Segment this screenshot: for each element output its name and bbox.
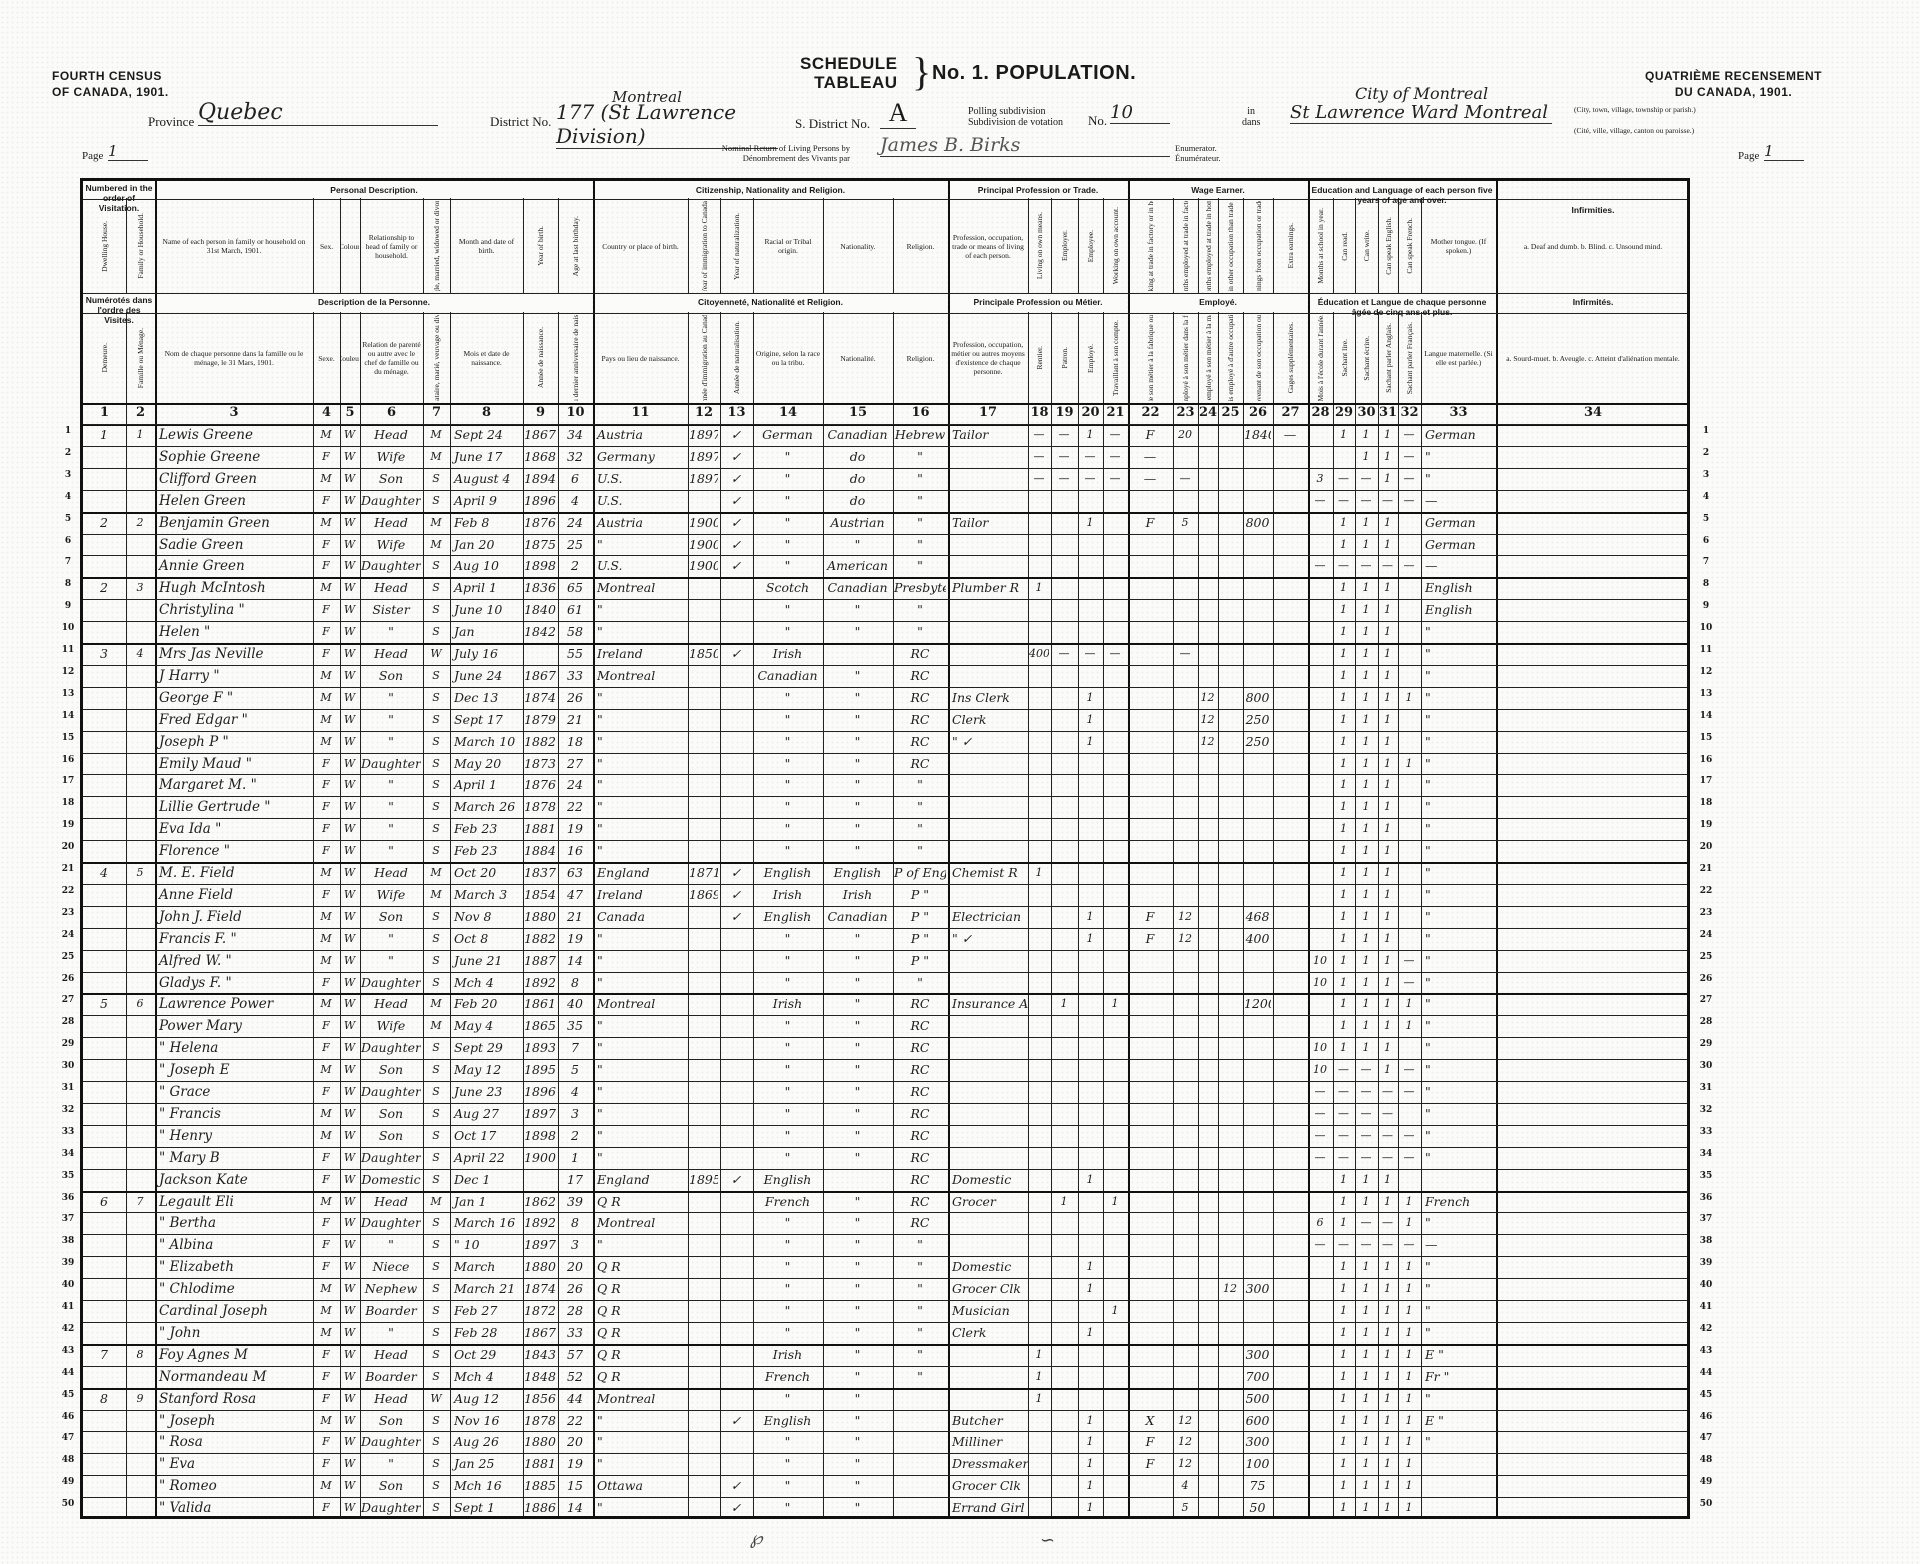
cell-name: Stanford Rosa — [156, 1386, 314, 1408]
cell-birthplace: U.S. — [594, 466, 689, 488]
cell-months-other — [1219, 619, 1241, 641]
cell-months-other — [1219, 948, 1241, 970]
cell-colour: W — [341, 1232, 358, 1254]
line-number-left: 6 — [58, 536, 78, 546]
cell-age: 19 — [559, 816, 591, 838]
column-header-25-en: Months employed in other occupation than… — [1219, 201, 1242, 291]
cell-relation: Daughter — [361, 1429, 421, 1451]
cell-infirmity — [1497, 1210, 1688, 1232]
cell-french: 1 — [1399, 1276, 1419, 1298]
cell-french: 1 — [1399, 685, 1419, 707]
cell-employer — [1052, 882, 1076, 904]
cell-employee — [1079, 970, 1101, 992]
cell-birthplace: " — [594, 948, 689, 970]
cell-months-other — [1219, 970, 1241, 992]
line-number-right: 27 — [1696, 995, 1716, 1005]
cell-sex: F — [314, 1079, 338, 1101]
cell-relation: Sister — [361, 597, 421, 619]
column-header-6-en: Relationship to head of family or househ… — [361, 201, 422, 291]
cell-mother-tongue: " — [1422, 707, 1497, 729]
cell-french: 1 — [1399, 1189, 1419, 1211]
cell-birth-year: 1875 — [524, 532, 556, 554]
cell-employer — [1052, 1079, 1076, 1101]
cell-english: 1 — [1379, 1408, 1396, 1430]
column-header-12-fr: Année d'immigration au Canada. — [689, 315, 719, 401]
cell-birthplace: " — [594, 751, 689, 773]
line-number-left: 39 — [58, 1258, 78, 1268]
cell-months-home — [1199, 1189, 1216, 1211]
cell-religion — [894, 1429, 946, 1451]
cell-name: Margaret M. " — [156, 772, 314, 794]
cell-months-factory: 12 — [1174, 926, 1196, 948]
column-header-26-fr: Gages provenant de son occupation ou mét… — [1244, 315, 1272, 401]
cell-colour: W — [341, 488, 358, 510]
cell-immigration — [689, 597, 718, 619]
cell-nationality: " — [824, 926, 891, 948]
cell-months-other — [1219, 641, 1241, 663]
cell-read: 1 — [1334, 1013, 1353, 1035]
cell-months-other — [1219, 663, 1241, 685]
cell-write: 1 — [1356, 510, 1376, 532]
cell-employee — [1079, 619, 1101, 641]
cell-employee — [1079, 575, 1101, 597]
cell-mother-tongue: " — [1422, 641, 1497, 663]
return-label-fr: Dénombrement des Vivants par — [660, 153, 850, 163]
cell-extra — [1274, 1451, 1306, 1473]
cell-family: 6 — [127, 991, 153, 1013]
cell-nationality: Canadian — [824, 422, 891, 444]
cell-own-account — [1104, 970, 1126, 992]
cell-name: " Francis — [156, 1101, 314, 1123]
cell-extra — [1274, 466, 1306, 488]
cell-school — [1309, 729, 1331, 751]
cell-immigration — [689, 1451, 718, 1473]
cell-english: 1 — [1379, 1495, 1396, 1517]
cell-birthplace: Ottawa — [594, 1473, 689, 1495]
cell-birth-md: Mch 16 — [451, 1473, 524, 1495]
cell-origin: Irish — [754, 882, 821, 904]
column-header-text: Sex. — [320, 242, 333, 251]
cell-sex: F — [314, 619, 338, 641]
cell-school: 3 — [1309, 466, 1331, 488]
cell-read: 1 — [1334, 816, 1353, 838]
column-header-7-fr: Célibataire, marié, veuvage ou divorcé. — [424, 315, 449, 401]
cell-religion: RC — [894, 1189, 946, 1211]
cell-school: 10 — [1309, 1035, 1331, 1057]
cell-profession: Grocer — [949, 1189, 1029, 1211]
cell-name: Anne Field — [156, 882, 314, 904]
section-profession-title-fr: Principale Profession ou Métier. — [948, 297, 1128, 307]
cell-marital: S — [424, 553, 448, 575]
cell-marital: S — [424, 1145, 448, 1167]
cell-read: 1 — [1334, 1276, 1353, 1298]
cell-relation: " — [361, 1451, 421, 1473]
column-header-18-fr: Rentier. — [1029, 315, 1050, 401]
cell-religion: " — [894, 532, 946, 554]
cell-employer — [1052, 1408, 1076, 1430]
cell-relation: Boarder — [361, 1364, 421, 1386]
cell-relation: " — [361, 926, 421, 948]
cell-profession — [949, 1210, 1029, 1232]
cell-infirmity — [1497, 444, 1688, 466]
cell-birthplace: U.S. — [594, 553, 689, 575]
cell-name: " Joseph E — [156, 1057, 314, 1079]
cell-origin: " — [754, 1451, 821, 1473]
column-number-23: 23 — [1173, 403, 1198, 423]
cell-naturalization: ✓ — [721, 1473, 751, 1495]
cell-age: 19 — [559, 1451, 591, 1473]
cell-earnings: 300 — [1244, 1342, 1271, 1364]
cell-birthplace: " — [594, 1013, 689, 1035]
column-number-5: 5 — [340, 403, 360, 423]
cell-sex: F — [314, 1364, 338, 1386]
cell-months-home — [1199, 444, 1216, 466]
cell-relation: Daughter — [361, 970, 421, 992]
cell-birth-year: 1874 — [524, 685, 556, 707]
cell-name: Power Mary — [156, 1013, 314, 1035]
cell-immigration — [689, 1057, 718, 1079]
line-number-left: 43 — [58, 1346, 78, 1356]
cell-employee — [1079, 948, 1101, 970]
line-number-left: 34 — [58, 1149, 78, 1159]
cell-religion: RC — [894, 1167, 946, 1189]
cell-trade-where — [1129, 1057, 1171, 1079]
cell-write: — — [1356, 1057, 1376, 1079]
cell-age: 35 — [559, 1013, 591, 1035]
cell-origin: " — [754, 1254, 821, 1276]
cell-origin: Irish — [754, 991, 821, 1013]
cell-own-account — [1104, 685, 1126, 707]
cell-birthplace: " — [594, 1145, 689, 1167]
cell-marital: S — [424, 1167, 448, 1189]
cell-mother-tongue: " — [1422, 1320, 1497, 1342]
column-header-19-fr: Patron. — [1052, 315, 1077, 401]
cell-dwelling — [84, 926, 124, 948]
cell-employee — [1079, 597, 1101, 619]
cell-birth-md: Feb 27 — [451, 1298, 524, 1320]
column-header-text: Can write. — [1362, 230, 1371, 261]
cell-profession: Butcher — [949, 1408, 1029, 1430]
cell-name: " Elizabeth — [156, 1254, 314, 1276]
cell-own-means — [1029, 510, 1049, 532]
cell-birthplace: " — [594, 1429, 689, 1451]
column-number-33: 33 — [1421, 403, 1496, 423]
cell-months-other — [1219, 904, 1241, 926]
cell-origin: " — [754, 816, 821, 838]
column-number-28: 28 — [1308, 403, 1333, 423]
cell-origin: English — [754, 1167, 821, 1189]
cell-origin: Canadian — [754, 663, 821, 685]
cell-own-means — [1029, 1013, 1049, 1035]
cell-employee: 1 — [1079, 1276, 1101, 1298]
cell-origin: " — [754, 794, 821, 816]
cell-religion: P " — [894, 904, 946, 926]
cell-french: — — [1399, 948, 1419, 970]
column-header-text: Année de naturalisation. — [732, 321, 741, 394]
cell-months-home — [1199, 1254, 1216, 1276]
cell-birthplace: Canada — [594, 904, 689, 926]
cell-mother-tongue: " — [1422, 838, 1497, 860]
cell-birth-md: March 21 — [451, 1276, 524, 1298]
polling-subdivision-label: Polling subdivision Subdivision de votat… — [968, 106, 1086, 128]
cell-read: 1 — [1334, 1298, 1353, 1320]
cell-dwelling — [84, 1079, 124, 1101]
cell-months-home — [1199, 882, 1216, 904]
column-header-text: Relationship to head of family or househ… — [361, 233, 422, 260]
column-header-text: Family or Household. — [136, 213, 145, 279]
cell-employee — [1079, 751, 1101, 773]
cell-infirmity — [1497, 751, 1688, 773]
cell-write: 1 — [1356, 1013, 1376, 1035]
sdistrict-label: S. District No. — [795, 116, 870, 132]
cell-own-account — [1104, 1451, 1126, 1473]
cell-profession — [949, 1035, 1029, 1057]
column-header-15-fr: Nationalité. — [824, 315, 892, 401]
cell-employer — [1052, 488, 1076, 510]
cell-name: " Chlodime — [156, 1276, 314, 1298]
line-number-left: 25 — [58, 952, 78, 962]
cell-religion: P " — [894, 926, 946, 948]
district-value: 177 (St Lawrence Division) — [556, 100, 778, 149]
cell-infirmity — [1497, 685, 1688, 707]
cell-write: — — [1356, 466, 1376, 488]
cell-months-other — [1219, 860, 1241, 882]
cell-french: 1 — [1399, 1473, 1419, 1495]
cell-birthplace: Q R — [594, 1320, 689, 1342]
cell-french — [1399, 532, 1419, 554]
cell-earnings: 100 — [1244, 1451, 1271, 1473]
cell-french — [1399, 1035, 1419, 1057]
cell-profession: Tailor — [949, 510, 1029, 532]
cell-own-means — [1029, 1429, 1049, 1451]
cell-dwelling — [84, 772, 124, 794]
cell-colour: W — [341, 1342, 358, 1364]
cell-birth-md: May 4 — [451, 1013, 524, 1035]
cell-own-account — [1104, 926, 1126, 948]
cell-english: 1 — [1379, 466, 1396, 488]
cell-employer — [1052, 1342, 1076, 1364]
cell-months-other — [1219, 1254, 1241, 1276]
column-header-8-en: Month and date of birth. — [451, 201, 522, 291]
cell-marital: S — [424, 1451, 448, 1473]
cell-months-other — [1219, 597, 1241, 619]
cell-birthplace: Q R — [594, 1364, 689, 1386]
cell-nationality: " — [824, 1189, 891, 1211]
cell-immigration — [689, 1210, 718, 1232]
column-header-text: Name of each person in family or househo… — [156, 237, 312, 255]
column-header-11-en: Country or place of birth. — [594, 201, 687, 291]
cell-months-other — [1219, 1057, 1241, 1079]
cell-school — [1309, 794, 1331, 816]
column-header-text: Months employed in other occupation than… — [1226, 201, 1235, 291]
cell-birthplace: England — [594, 1167, 689, 1189]
cell-name: Annie Green — [156, 553, 314, 575]
cell-english: 1 — [1379, 1013, 1396, 1035]
cell-age: 24 — [559, 510, 591, 532]
cell-marital: S — [424, 1101, 448, 1123]
cell-english: — — [1379, 1210, 1396, 1232]
cell-relation: Head — [361, 991, 421, 1013]
cell-trade-where — [1129, 948, 1171, 970]
cell-employer — [1052, 532, 1076, 554]
cell-employee — [1079, 882, 1101, 904]
cell-earnings: 468 — [1244, 904, 1271, 926]
cell-trade-where — [1129, 860, 1171, 882]
cell-months-other — [1219, 532, 1241, 554]
cell-months-home — [1199, 1035, 1216, 1057]
cell-age: 15 — [559, 1473, 591, 1495]
cell-months-other — [1219, 1232, 1241, 1254]
cell-sex: F — [314, 1429, 338, 1451]
cell-sex: F — [314, 444, 338, 466]
line-number-left: 44 — [58, 1368, 78, 1378]
cell-english: 1 — [1379, 1320, 1396, 1342]
cell-months-home: 12 — [1199, 729, 1216, 751]
cell-birth-md: May 12 — [451, 1057, 524, 1079]
cell-birth-year: 1876 — [524, 510, 556, 532]
cell-own-means: 1 — [1029, 1364, 1049, 1386]
cell-origin: " — [754, 838, 821, 860]
cell-birth-md: March 26 — [451, 794, 524, 816]
cell-religion: RC — [894, 663, 946, 685]
cell-mother-tongue: — — [1422, 553, 1497, 575]
cell-colour: W — [341, 1013, 358, 1035]
cell-colour: W — [341, 707, 358, 729]
cell-employee — [1079, 553, 1101, 575]
cell-naturalization — [721, 1232, 751, 1254]
cell-origin: " — [754, 1232, 821, 1254]
cell-dwelling — [84, 1408, 124, 1430]
cell-immigration — [689, 1189, 718, 1211]
cell-birthplace: England — [594, 860, 689, 882]
cell-age: 2 — [559, 553, 591, 575]
cell-earnings — [1244, 553, 1271, 575]
cell-marital: S — [424, 1429, 448, 1451]
cell-english: 1 — [1379, 991, 1396, 1013]
cell-infirmity — [1497, 1167, 1688, 1189]
cell-birth-year: 1884 — [524, 838, 556, 860]
cell-name: Benjamin Green — [156, 510, 314, 532]
cell-earnings — [1244, 1298, 1271, 1320]
cell-employee — [1079, 838, 1101, 860]
cell-marital: S — [424, 1254, 448, 1276]
cell-colour: W — [341, 422, 358, 444]
cell-months-factory: 4 — [1174, 1473, 1196, 1495]
cell-birth-md: Sept 1 — [451, 1495, 524, 1517]
cell-family — [127, 1473, 153, 1495]
cell-own-means — [1029, 882, 1049, 904]
cell-read: 1 — [1334, 1451, 1353, 1473]
cell-months-home — [1199, 1167, 1216, 1189]
cell-months-home — [1199, 1101, 1216, 1123]
column-header-text: Célibataire, marié, veuvage ou divorcé. — [432, 315, 441, 401]
line-number-left: 13 — [58, 689, 78, 699]
line-number-right: 19 — [1696, 820, 1716, 830]
column-header-4-fr: Sexe. — [314, 315, 339, 401]
cell-own-means — [1029, 597, 1049, 619]
cell-own-account — [1104, 816, 1126, 838]
cell-marital: S — [424, 1298, 448, 1320]
cell-mother-tongue: " — [1422, 751, 1497, 773]
column-header-text: Mois à l'école durant l'année. — [1316, 315, 1325, 401]
cell-dwelling — [84, 1167, 124, 1189]
cell-relation: " — [361, 948, 421, 970]
line-number-right: 4 — [1696, 492, 1716, 502]
cell-nationality: English — [824, 860, 891, 882]
cell-relation: Daughter — [361, 553, 421, 575]
cell-months-factory — [1174, 1057, 1196, 1079]
cell-employee — [1079, 1232, 1101, 1254]
column-header-text: Travaillant à son compte. — [1111, 320, 1120, 396]
cell-trade-where: F — [1129, 904, 1171, 926]
cell-write: 1 — [1356, 926, 1376, 948]
schedule-label-fr: TABLEAU — [800, 73, 898, 92]
cell-months-home — [1199, 422, 1216, 444]
cell-sex: M — [314, 575, 338, 597]
cell-marital: S — [424, 1364, 448, 1386]
line-number-left: 9 — [58, 601, 78, 611]
cell-employer: — — [1052, 641, 1076, 663]
cell-naturalization — [721, 1145, 751, 1167]
cell-months-home — [1199, 1232, 1216, 1254]
cell-religion — [894, 1495, 946, 1517]
cell-own-account — [1104, 751, 1126, 773]
cell-immigration — [689, 838, 718, 860]
cell-birth-md: Sept 24 — [451, 422, 524, 444]
cell-age: 3 — [559, 1232, 591, 1254]
column-header-text: Mother tongue. (If spoken.) — [1422, 237, 1495, 255]
column-header-text: Months employed at trade in factory. — [1181, 201, 1190, 291]
cell-birth-year: 1896 — [524, 488, 556, 510]
cell-dwelling — [84, 838, 124, 860]
cell-employer — [1052, 1495, 1076, 1517]
cell-relation: Domestic — [361, 1167, 421, 1189]
cell-mother-tongue — [1422, 1473, 1497, 1495]
cell-family: 2 — [127, 510, 153, 532]
cell-naturalization — [721, 1057, 751, 1079]
cell-birth-year: 1868 — [524, 444, 556, 466]
cell-earnings: 600 — [1244, 1408, 1271, 1430]
column-header-text: Sexe. — [318, 354, 334, 363]
cell-origin: " — [754, 751, 821, 773]
cell-infirmity — [1497, 1101, 1688, 1123]
cell-birthplace: " — [594, 794, 689, 816]
cell-infirmity — [1497, 1298, 1688, 1320]
cell-french: 1 — [1399, 1320, 1419, 1342]
column-header-text: Employee. — [1086, 230, 1095, 262]
cell-birth-md: Feb 20 — [451, 991, 524, 1013]
cell-name: Jackson Kate — [156, 1167, 314, 1189]
cell-employee — [1079, 1364, 1101, 1386]
line-number-left: 27 — [58, 995, 78, 1005]
cell-extra — [1274, 1298, 1306, 1320]
cell-naturalization: ✓ — [721, 1495, 751, 1517]
column-header-text: Can speak English. — [1384, 217, 1393, 275]
column-header-text: Can speak French. — [1405, 218, 1414, 274]
cell-colour: W — [341, 1451, 358, 1473]
column-header-text: Living on own means. — [1035, 212, 1044, 279]
cell-months-other — [1219, 882, 1241, 904]
cell-write: 1 — [1356, 1364, 1376, 1386]
cell-read: — — [1334, 1101, 1353, 1123]
cell-naturalization — [721, 685, 751, 707]
cell-earnings — [1244, 575, 1271, 597]
cell-employer — [1052, 838, 1076, 860]
cell-sex: M — [314, 1057, 338, 1079]
column-header-30-fr: Sachant écrire. — [1356, 315, 1377, 401]
cell-infirmity — [1497, 1145, 1688, 1167]
cell-birthplace: " — [594, 926, 689, 948]
